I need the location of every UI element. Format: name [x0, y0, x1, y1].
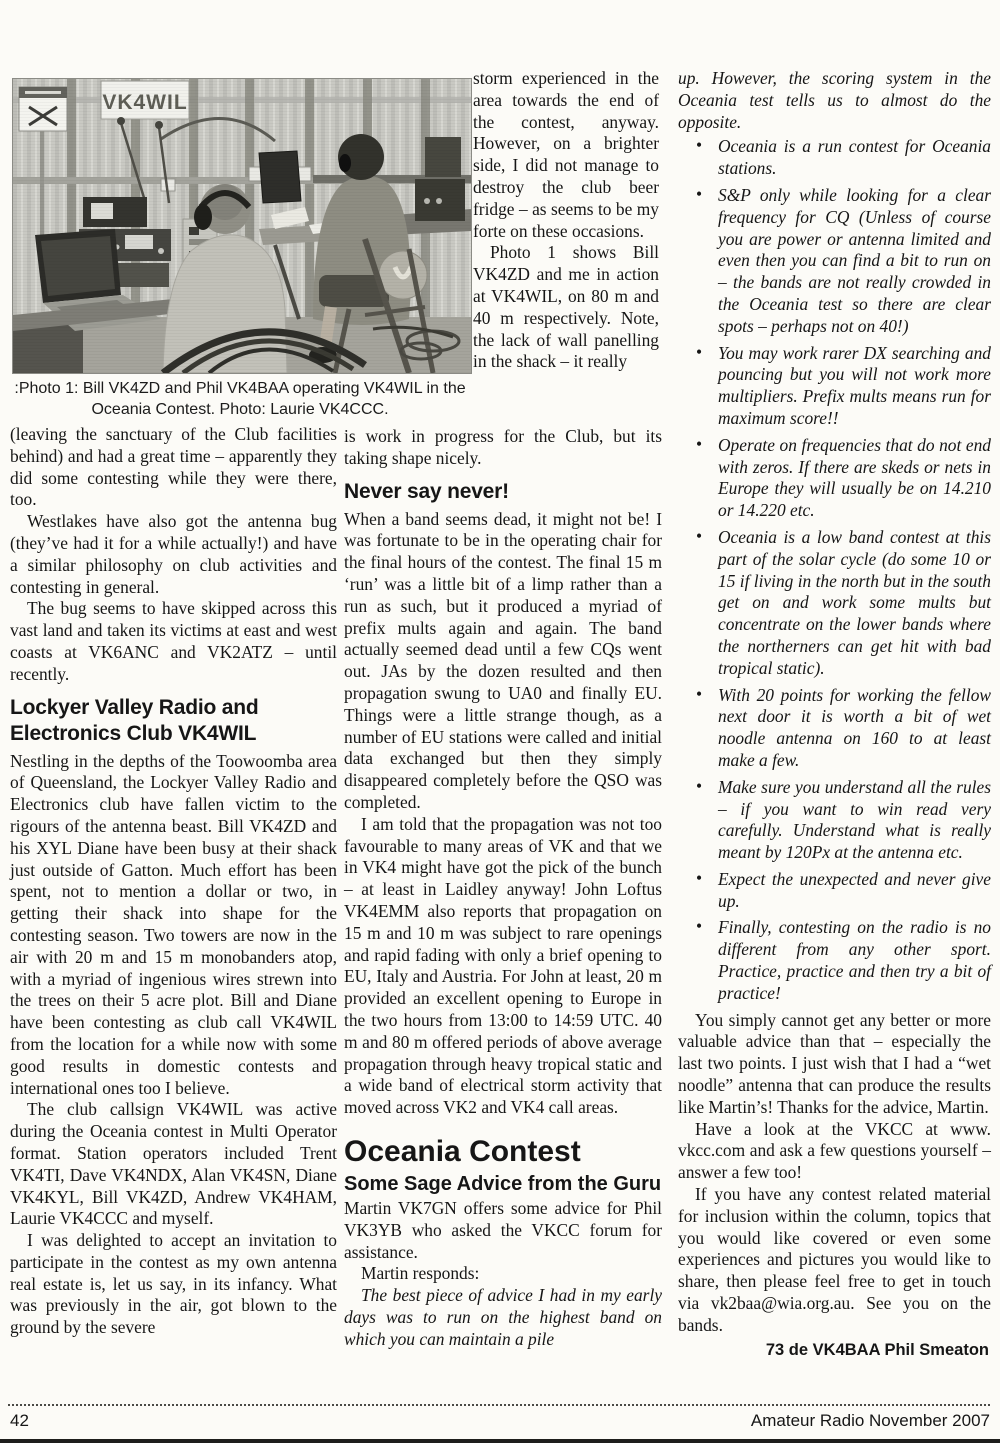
paragraph: (leaving the sanctuary of the Club facil… [10, 424, 337, 511]
bullet-item: You may work rarer DX searching and poun… [678, 343, 991, 430]
bullet-item: Make sure you understand all the rules –… [678, 777, 991, 864]
lockyer-valley-heading: Lockyer Valley Radio and Electronics Clu… [10, 695, 337, 747]
headset-icon [339, 154, 351, 172]
paragraph: I was delighted to accept an invitation … [10, 1230, 337, 1339]
paragraph: When a band seems dead, it might not be!… [344, 509, 662, 814]
journal-title: Amateur Radio November 2007 [751, 1411, 990, 1431]
paragraph: Have a look at the VKCC at www. vkcc.com… [678, 1119, 991, 1184]
vk4wil-wall-sign: VK4WIL [101, 81, 189, 119]
paragraph: The club callsign VK4WIL was active duri… [10, 1099, 337, 1230]
photo-caption: :Photo 1: Bill VK4ZD and Phil VK4BAA ope… [14, 378, 466, 420]
never-say-never-heading: Never say never! [344, 479, 662, 505]
bullet-item: Oceania is a run contest for Oceania sta… [678, 136, 991, 180]
advice-bullet-list: Oceania is a run contest for Oceania sta… [678, 136, 991, 1004]
column-3: up. However, the scoring system in the O… [678, 68, 991, 1361]
paragraph: storm experienced in the area towards th… [473, 68, 659, 242]
bullet-item: Expect the unexpected and never give up. [678, 869, 991, 913]
paragraph: You simply cannot get any better or more… [678, 1010, 991, 1119]
paragraph: If you have any contest related material… [678, 1184, 991, 1337]
bullet-item: Finally, contesting on the radio is no d… [678, 917, 991, 1004]
oceania-contest-heading: Oceania Contest [344, 1135, 662, 1169]
vk4wil-sign-text: VK4WIL [102, 91, 187, 114]
quote-paragraph: up. However, the scoring system in the O… [678, 68, 991, 133]
paragraph: is work in progress for the Club, but it… [344, 426, 662, 470]
page-number: 42 [10, 1411, 29, 1431]
sage-advice-subheading: Some Sage Advice from the Guru [344, 1172, 662, 1196]
paragraph: Nestling in the depths of the Toowoomba … [10, 751, 337, 1100]
shack-photo: VK4WIL [12, 78, 472, 374]
bullet-item: With 20 points for working the fellow ne… [678, 685, 991, 772]
paragraph: Photo 1 shows Bill VK4ZD and me in actio… [473, 242, 659, 373]
paragraph: Martin responds: [344, 1263, 662, 1285]
bullet-item: S&P only while looking for a clear frequ… [678, 185, 991, 338]
column-2-top: storm experienced in the area towards th… [473, 68, 659, 373]
paragraph: The bug seems to have skipped across thi… [10, 598, 337, 685]
paragraph: Martin VK7GN offers some advice for Phil… [344, 1198, 662, 1263]
column-2: is work in progress for the Club, but it… [344, 426, 662, 1350]
column-1: (leaving the sanctuary of the Club facil… [10, 424, 337, 1339]
footer-rule [8, 1404, 990, 1406]
magazine-page: VK4WIL [0, 0, 1000, 1443]
paragraph: I am told that the propagation was not t… [344, 814, 662, 1119]
shack-photo-illustration: VK4WIL [13, 79, 471, 373]
laptop-rear [259, 151, 301, 203]
bullet-item: Operate on frequencies that do not end w… [678, 435, 991, 522]
scan-edge [0, 1439, 1000, 1443]
author-signature: 73 de VK4BAA Phil Smeaton [678, 1340, 991, 1362]
bullet-item: Oceania is a low band contest at this pa… [678, 527, 991, 680]
quote-paragraph: The best piece of advice I had in my ear… [344, 1285, 662, 1350]
paragraph: Westlakes have also got the antenna bug … [10, 511, 337, 598]
